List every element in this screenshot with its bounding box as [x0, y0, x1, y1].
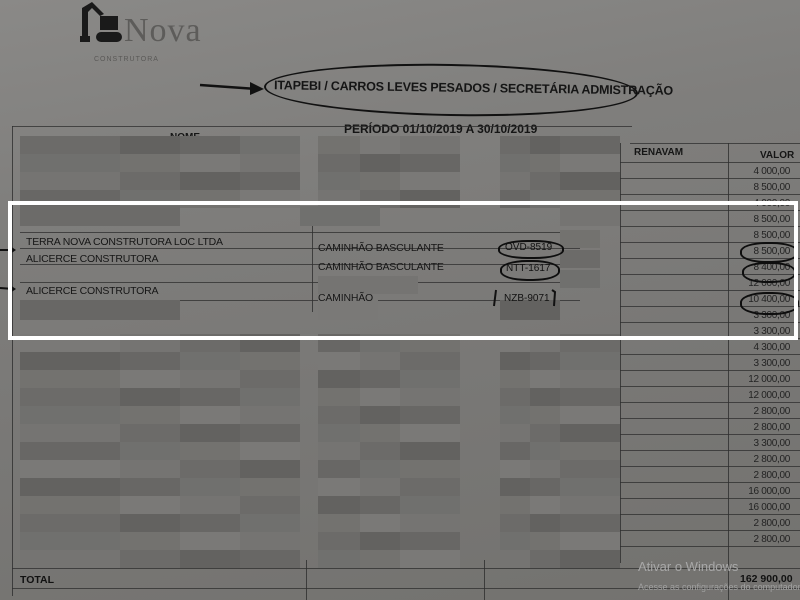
table-rule: [620, 530, 800, 531]
table-rule: [12, 126, 13, 596]
table-rule: [620, 514, 800, 515]
value-cell: 2 800,00: [720, 534, 790, 545]
table-rule: [620, 466, 800, 467]
scanned-document: Nova CONSTRUTORA ITAPEBI / CARROS LEVES …: [0, 0, 800, 600]
value-cell: 2 800,00: [720, 422, 790, 433]
period-label: PERÍODO 01/10/2019 A 30/10/2019: [344, 122, 537, 136]
table-rule: [620, 546, 800, 547]
hand-drawn-arrow-icon: [198, 78, 268, 98]
table-rule: [620, 450, 800, 451]
value-cell: 3 300,00: [720, 438, 790, 449]
windows-activation-subtitle: Acesse as configurações do computador: [638, 582, 800, 592]
value-cell: 12 000,00: [720, 374, 790, 385]
table-rule: [620, 370, 800, 371]
table-rule: [620, 178, 800, 179]
value-cell: 4 300,00: [720, 342, 790, 353]
value-cell: 2 800,00: [720, 470, 790, 481]
value-cell: 12 000,00: [720, 390, 790, 401]
total-label: TOTAL: [20, 574, 54, 586]
table-rule: [306, 560, 307, 600]
excavator-icon: [80, 0, 125, 46]
value-cell: 2 800,00: [720, 518, 790, 529]
table-rule: [620, 162, 800, 163]
table-rule: [620, 402, 800, 403]
value-cell: 3 300,00: [720, 358, 790, 369]
table-rule: [484, 560, 485, 600]
value-cell: 16 000,00: [720, 502, 790, 513]
table-rule: [620, 354, 800, 355]
table-rule: [620, 434, 800, 435]
logo-text: Nova: [124, 12, 202, 50]
value-cell: 2 800,00: [720, 454, 790, 465]
table-rule: [620, 498, 800, 499]
value-cell: 4 000,00: [720, 166, 790, 177]
table-rule: [620, 418, 800, 419]
value-cell: 8 500,00: [720, 182, 790, 193]
table-rule: [630, 143, 800, 144]
value-cell: 16 000,00: [720, 486, 790, 497]
table-rule: [12, 126, 632, 127]
column-header-renavam: RENAVAM: [634, 147, 683, 158]
table-rule: [620, 482, 800, 483]
table-rule: [620, 194, 800, 195]
column-header-value: VALOR: [760, 150, 794, 161]
logo-subtitle: CONSTRUTORA: [94, 56, 159, 63]
windows-activation-watermark: Ativar o Windows: [638, 559, 738, 574]
table-rule: [620, 386, 800, 387]
value-cell: 2 800,00: [720, 406, 790, 417]
highlight-box: [8, 201, 798, 340]
